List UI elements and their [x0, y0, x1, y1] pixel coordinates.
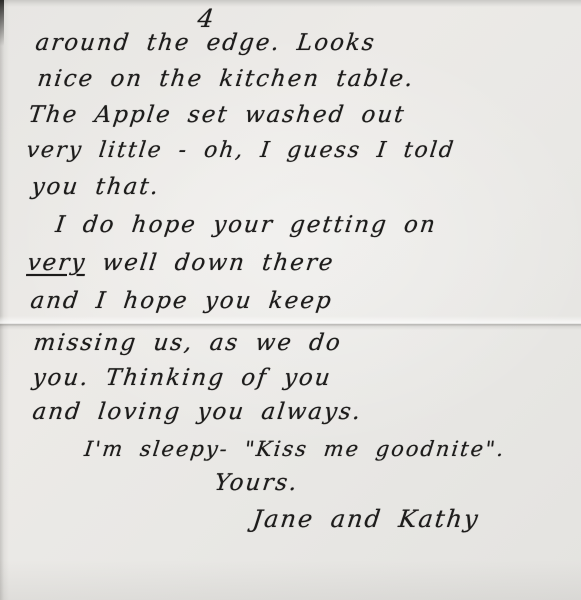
paper-bottom-texture: [0, 560, 581, 600]
letter-line-4: very little - oh, I guess I told: [25, 138, 457, 163]
letter-line-2: nice on the kitchen table.: [36, 66, 416, 92]
scan-top-edge: [0, 0, 581, 7]
scan-left-edge: [0, 0, 9, 600]
letter-line-9: missing us, as we do: [32, 330, 343, 356]
letter-line-12: I'm sleepy- "Kiss me goodnite".: [83, 437, 507, 461]
letter-closing: Yours.: [213, 470, 300, 496]
letter-line-7: very well down there: [26, 250, 336, 276]
scan-corner-shadow: [0, 0, 4, 46]
letter-line-3: The Apple set washed out: [27, 102, 407, 128]
letter-line-7-rest: well down there: [85, 250, 336, 276]
page-number: 4: [196, 4, 217, 33]
letter-line-1: around the edge. Looks: [34, 30, 377, 56]
letter-line-6: I do hope your getting on: [54, 212, 438, 238]
letter-signature: Jane and Kathy: [251, 505, 481, 533]
letter-line-8: and I hope you keep: [29, 288, 334, 314]
paper-fold-crease: [0, 316, 581, 330]
letter-page: 4 around the edge. Looks nice on the kit…: [0, 0, 581, 600]
letter-line-11: and loving you always.: [31, 399, 364, 425]
underlined-word: very: [26, 250, 88, 276]
letter-line-5: you that.: [30, 174, 161, 200]
letter-line-10: you. Thinking of you: [31, 365, 333, 391]
